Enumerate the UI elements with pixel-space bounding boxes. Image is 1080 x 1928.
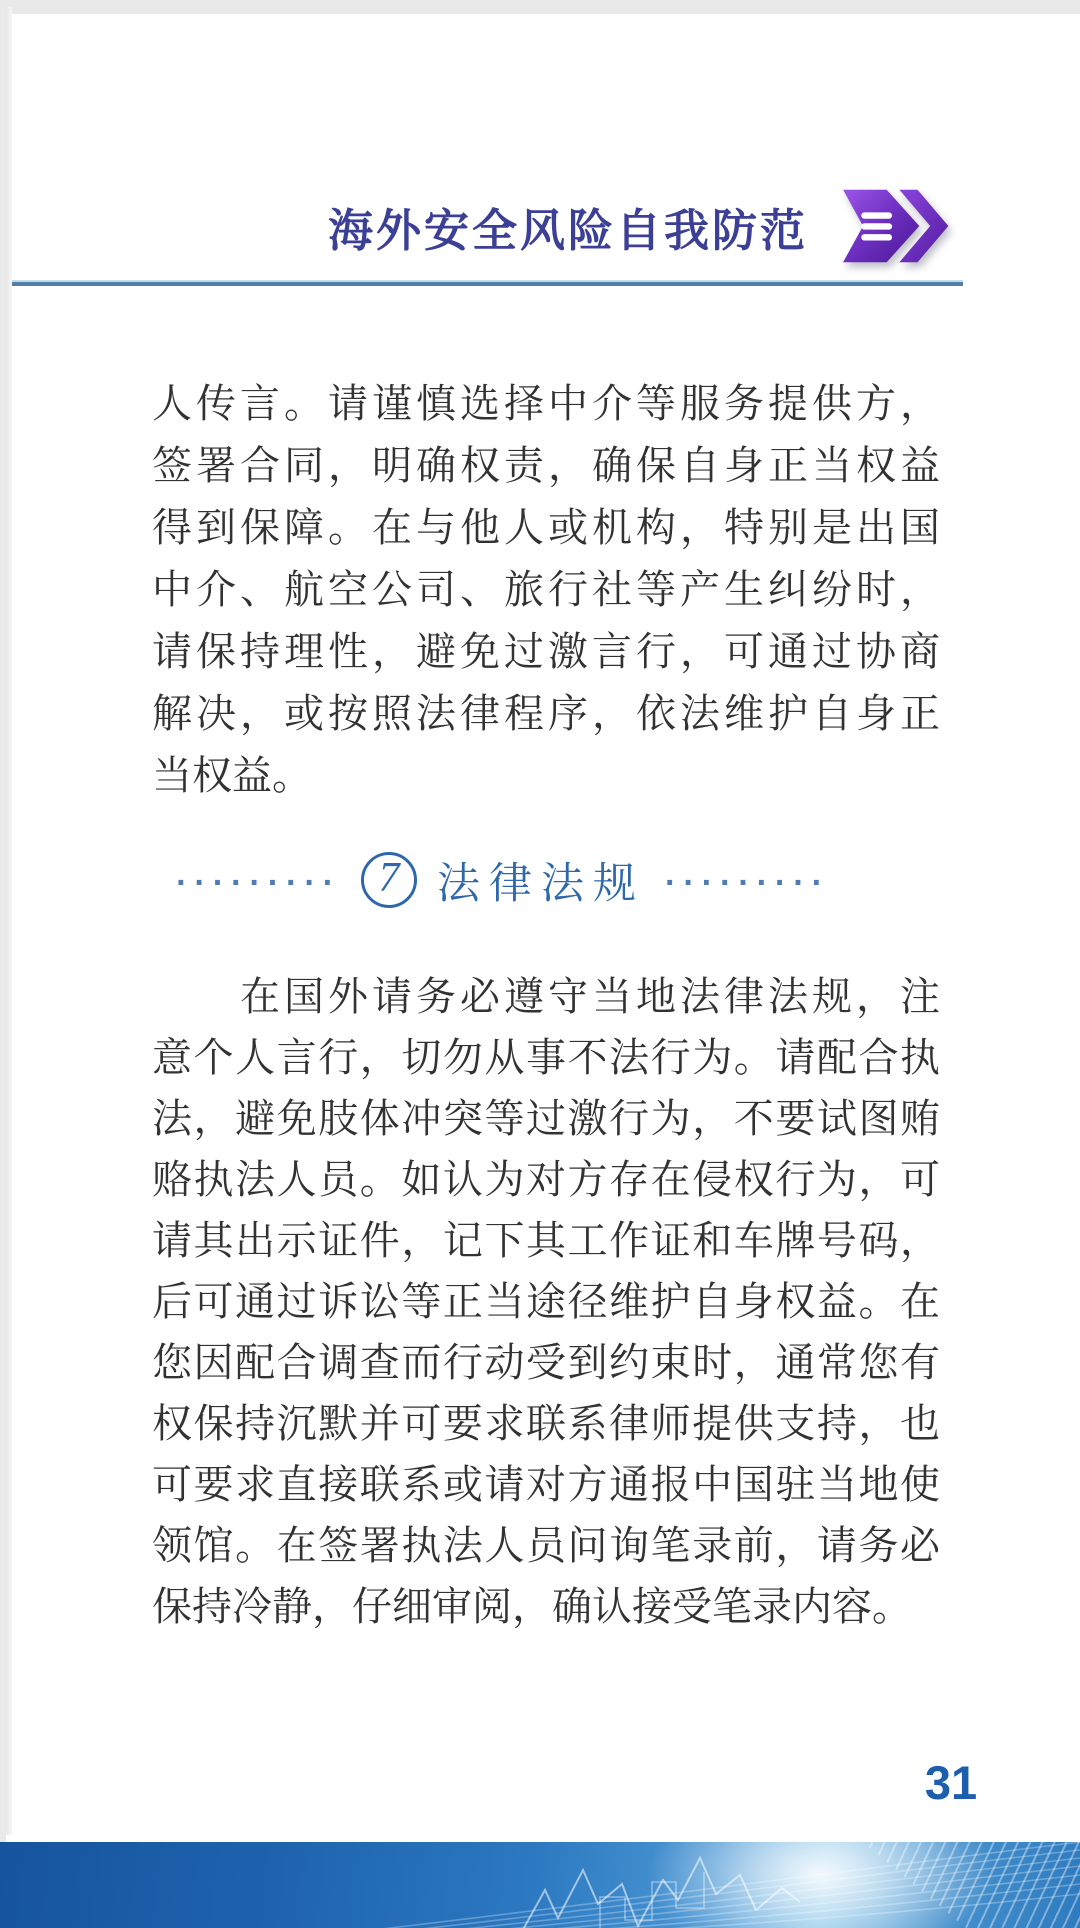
section-number: 7 — [379, 857, 400, 899]
page-title: 海外安全风险自我防范 — [328, 194, 808, 259]
page-number: 31 — [909, 1755, 993, 1810]
document-page: 海外安全风险自我防范 — [6, 7, 1080, 1928]
leader-dots-right: ········· — [665, 860, 830, 900]
section-number-badge: 7 — [361, 852, 417, 908]
text-line: 人传言。请谨慎选择中介等服务提供方， — [152, 373, 940, 435]
text-line: 法，避免肢体冲突等过激行为，不要试图贿 — [152, 1089, 940, 1150]
page-edge-top — [6, 7, 1080, 14]
text-line: 领馆。在签署执法人员问询笔录前，请务必 — [152, 1516, 940, 1577]
text-line: 请其出示证件，记下其工作证和车牌号码， — [152, 1211, 940, 1272]
fast-forward-arrow-icon — [834, 184, 952, 268]
leader-dots-left: ········· — [176, 860, 341, 900]
text-line: 中介、航空公司、旅行社等产生纠纷时， — [152, 559, 940, 621]
text-line: 可要求直接联系或请对方通报中国驻当地使 — [152, 1455, 940, 1516]
text-line: 解决，或按照法律程序，依法维护自身正 — [152, 683, 940, 745]
text-line: 您因配合调查而行动受到约束时，通常您有 — [152, 1333, 940, 1394]
text-line: 权保持沉默并可要求联系律师提供支持，也 — [152, 1394, 940, 1455]
text-line: 后可通过诉讼等正当途径维护自身权益。在 — [152, 1272, 940, 1333]
text-line: 赂执法人员。如认为对方存在侵权行为，可 — [152, 1150, 940, 1211]
page-header: 海外安全风险自我防范 — [6, 178, 952, 274]
section-heading: ········· 7 法律法规 ········· — [0, 845, 1040, 915]
text-line: 得到保障。在与他人或机构，特别是出国 — [152, 497, 940, 559]
text-line: 当权益。 — [152, 745, 940, 807]
page-edge-left — [6, 7, 12, 1835]
text-line: 签署合同，明确权责，确保自身正当权益 — [152, 435, 940, 497]
text-line: 在国外请务必遵守当地法律法规，注 — [152, 967, 940, 1028]
paragraph-continued: 人传言。请谨慎选择中介等服务提供方，签署合同，明确权责，确保自身正当权益得到保障… — [152, 373, 940, 807]
text-line: 保持冷静，仔细审阅，确认接受笔录内容。 — [152, 1577, 940, 1638]
text-line: 意个人言行，切勿从事不法行为。请配合执 — [152, 1028, 940, 1089]
header-divider — [6, 280, 963, 286]
paragraph-law: 在国外请务必遵守当地法律法规，注意个人言行，切勿从事不法行为。请配合执法，避免肢… — [152, 967, 940, 1638]
footer-decoration — [0, 1842, 1080, 1928]
section-title: 法律法规 — [437, 850, 645, 911]
text-line: 请保持理性，避免过激言行，可通过协商 — [152, 621, 940, 683]
